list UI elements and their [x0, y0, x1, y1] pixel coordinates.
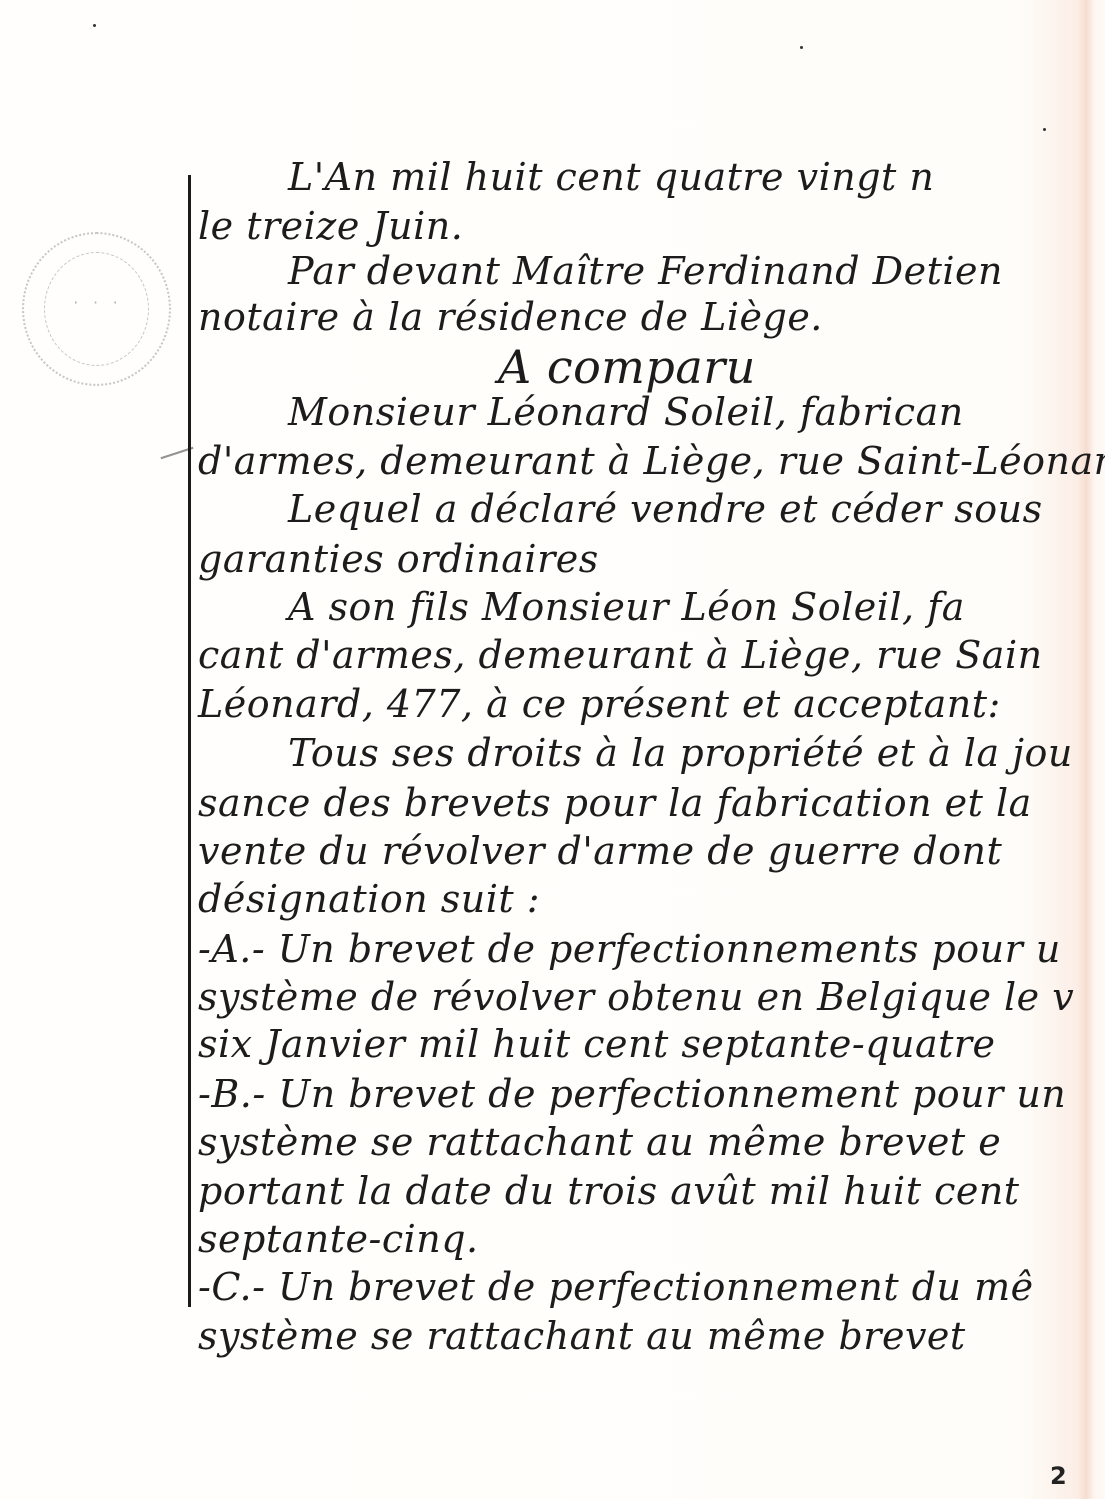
text-line: garanties ordinaires	[198, 540, 599, 578]
text-line: système se rattachant au même brevet e	[198, 1123, 1001, 1161]
text-line: septante-cinq.	[198, 1220, 479, 1258]
text-line: d'armes, demeurant à Liège, rue Saint-Lé…	[198, 442, 1105, 480]
notary-stamp: · · ·	[22, 232, 171, 386]
text-line: portant la date du trois avût mil huit c…	[198, 1172, 1020, 1210]
document-page: · · · L'An mil huit cent quatre vingt n …	[0, 0, 1105, 1499]
text-line: vente du révolver d'arme de guerre dont	[198, 832, 1002, 870]
text-line: cant d'armes, demeurant à Liège, rue Sai…	[198, 636, 1043, 674]
text-line: notaire à la résidence de Liège.	[198, 298, 823, 336]
text-line: Lequel a déclaré vendre et céder sous	[198, 490, 1043, 528]
stamp-text: · · ·	[24, 296, 169, 311]
ink-speck	[93, 24, 96, 27]
text-line: A son fils Monsieur Léon Soleil, fa	[198, 588, 965, 626]
section-heading: A comparu	[198, 344, 756, 390]
list-item-c: -C.- Un brevet de perfectionnement du mê	[198, 1268, 1034, 1306]
text-line: Monsieur Léonard Soleil, fabrican	[198, 393, 964, 431]
text-line: six Janvier mil huit cent septante-quatr…	[198, 1025, 996, 1063]
ink-speck	[800, 46, 803, 49]
text-line: Par devant Maître Ferdinand Detien	[198, 252, 1003, 290]
list-item-a: -A.- Un brevet de perfectionnements pour…	[198, 930, 1061, 968]
text-line: système de révolver obtenu en Belgique l…	[198, 978, 1074, 1016]
text-line: désignation suit :	[198, 880, 540, 918]
ink-speck	[1043, 128, 1046, 131]
text-line: Léonard, 477, à ce présent et acceptant:	[198, 685, 1001, 723]
text-line: le treize Juin.	[198, 207, 463, 245]
text-line: Tous ses droits à la propriété et à la j…	[198, 734, 1073, 772]
margin-rule	[188, 175, 191, 1307]
text-line: L'An mil huit cent quatre vingt n	[198, 158, 934, 196]
list-item-b: -B.- Un brevet de perfectionnement pour …	[198, 1075, 1066, 1113]
text-line: système se rattachant au même brevet	[198, 1317, 966, 1355]
page-number: 2	[1050, 1462, 1067, 1490]
text-line: sance des brevets pour la fabrication et…	[198, 784, 1032, 822]
